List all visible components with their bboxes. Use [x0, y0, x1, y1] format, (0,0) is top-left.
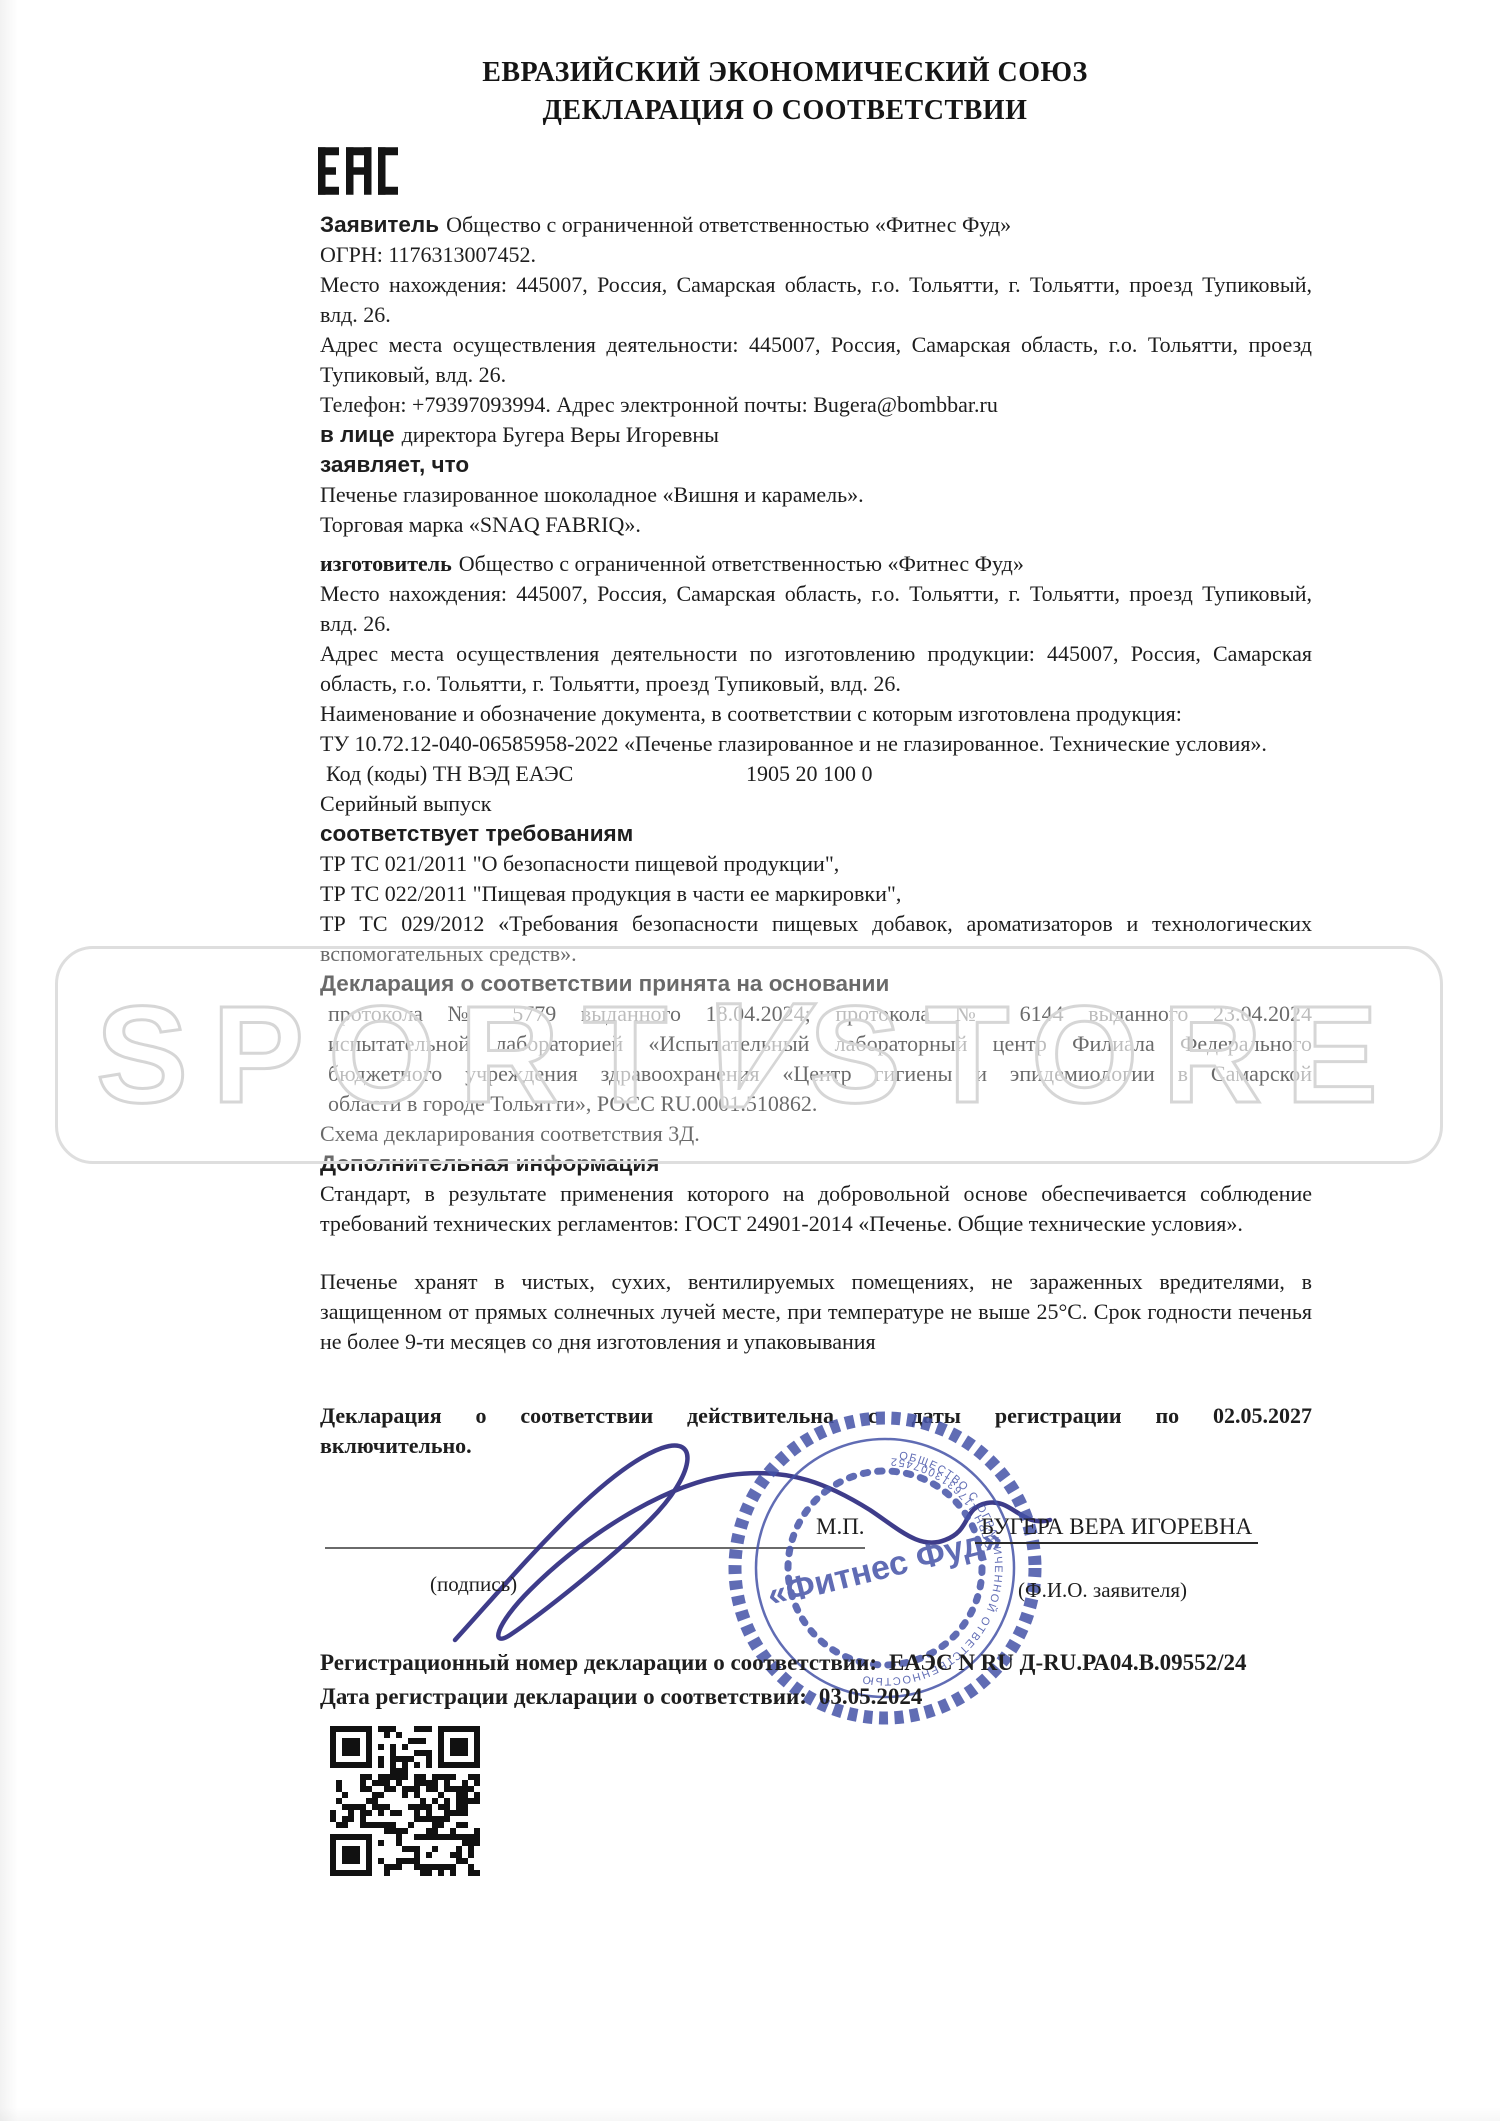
applicant-fullname: БУГЕРА ВЕРА ИГОРЕВНА — [975, 1514, 1258, 1544]
regulation-3: ТР ТС 029/2012 «Требования безопасности … — [320, 909, 1312, 969]
scheme-line: Схема декларирования соответствия 3Д. — [320, 1119, 1312, 1149]
serial-line: Серийный выпуск — [320, 789, 1312, 819]
applicant-phone-email: Телефон: +79397093994. Адрес электронной… — [320, 390, 1312, 420]
registration-date-label: Дата регистрации декларации о соответств… — [320, 1684, 807, 1709]
registration-number-value: ЕАЭС N RU Д-RU.РА04.В.09552/24 — [889, 1650, 1247, 1675]
document-title: ЕВРАЗИЙСКИЙ ЭКОНОМИЧЕСКИЙ СОЮЗ ДЕКЛАРАЦИ… — [0, 54, 1500, 130]
compliance-heading: соответствует требованиям — [320, 819, 1312, 849]
regulation-1: ТР ТС 021/2011 "О безопасности пищевой п… — [320, 849, 1312, 879]
additional-heading: Дополнительная информация — [320, 1149, 1312, 1179]
title-line-2: ДЕКЛАРАЦИЯ О СООТВЕТСТВИИ — [70, 92, 1500, 130]
applicant-activity-address: Адрес места осуществления деятельности: … — [320, 330, 1312, 390]
tnved-label: Код (коды) ТН ВЭД ЕАЭС — [320, 759, 746, 789]
stamp-place-label: М.П. — [816, 1514, 865, 1540]
in-person-line: в лицедиректора Бугера Веры Игоревны — [320, 420, 1312, 450]
standard-paragraph: Стандарт, в результате применения которо… — [320, 1179, 1312, 1239]
doc-reference: ТУ 10.72.12-040-06585958-2022 «Печенье г… — [320, 729, 1312, 759]
manufacturer-location: Место нахождения: 445007, Россия, Самарс… — [320, 579, 1312, 639]
basis-heading: Декларация о соответствии принята на осн… — [320, 969, 1312, 999]
manufacturer-line: изготовительОбщество с ограниченной отве… — [320, 549, 1312, 579]
registration-date-line: Дата регистрации декларации о соответств… — [320, 1680, 1420, 1714]
doc-intro: Наименование и обозначение документа, в … — [320, 699, 1312, 729]
title-line-1: ЕВРАЗИЙСКИЙ ЭКОНОМИЧЕСКИЙ СОЮЗ — [70, 54, 1500, 92]
registration-date-value: 03.05.2024 — [819, 1684, 923, 1709]
applicant-ogrn: ОГРН: 1176313007452. — [320, 240, 1312, 270]
qr-code — [330, 1726, 480, 1876]
signature-caption: (подпись) — [430, 1572, 517, 1597]
basis-paragraph: протокола № 5779 выданного 18.04.2024; п… — [320, 999, 1312, 1119]
registration-number-line: Регистрационный номер декларации о соотв… — [320, 1646, 1420, 1680]
applicant-location: Место нахождения: 445007, Россия, Самарс… — [320, 270, 1312, 330]
basis-line-4: области в городе Тольятти», РОСС RU.0001… — [328, 1089, 1312, 1119]
registration-block: Регистрационный номер декларации о соотв… — [320, 1646, 1420, 1714]
registration-number-label: Регистрационный номер декларации о соотв… — [320, 1650, 877, 1675]
manufacturer-label: изготовитель — [320, 551, 452, 576]
tnved-line: Код (коды) ТН ВЭД ЕАЭС1905 20 100 0 — [320, 759, 1312, 789]
stamp-center-text: «Фитнес Фуд» — [764, 1520, 1006, 1615]
eac-logo-icon — [318, 124, 398, 223]
fullname-caption: (Ф.И.О. заявителя) — [1018, 1578, 1187, 1603]
storage-paragraph: Печенье хранят в чистых, сухих, вентилир… — [320, 1267, 1312, 1357]
basis-line-3: бюджетного учреждения здравоохранения «Ц… — [328, 1059, 1312, 1089]
basis-line-2: испытательной лабораторией «Испытательны… — [328, 1029, 1312, 1059]
in-person-value: директора Бугера Веры Игоревны — [402, 422, 719, 447]
declaration-document: ЕВРАЗИЙСКИЙ ЭКОНОМИЧЕСКИЙ СОЮЗ ДЕКЛАРАЦИ… — [0, 0, 1500, 2121]
tnved-value: 1905 20 100 0 — [746, 761, 873, 786]
regulation-2: ТР ТС 022/2011 "Пищевая продукция в част… — [320, 879, 1312, 909]
applicant-name: Общество с ограниченной ответственностью… — [446, 212, 1011, 237]
product-trademark: Торговая марка «SNAQ FABRIQ». — [320, 510, 1312, 540]
declares-heading: заявляет, что — [320, 450, 1312, 480]
document-body: ЗаявительОбщество с ограниченной ответст… — [320, 210, 1312, 1461]
product-name: Печенье глазированное шоколадное «Вишня … — [320, 480, 1312, 510]
in-person-label: в лице — [320, 422, 395, 447]
basis-line-1: протокола № 5779 выданного 18.04.2024; п… — [328, 999, 1312, 1029]
manufacturer-name: Общество с ограниченной ответственностью… — [459, 551, 1024, 576]
applicant-label: Заявитель — [320, 212, 439, 237]
applicant-line: ЗаявительОбщество с ограниченной ответст… — [320, 210, 1312, 240]
manufacturer-production-address: Адрес места осуществления деятельности п… — [320, 639, 1312, 699]
